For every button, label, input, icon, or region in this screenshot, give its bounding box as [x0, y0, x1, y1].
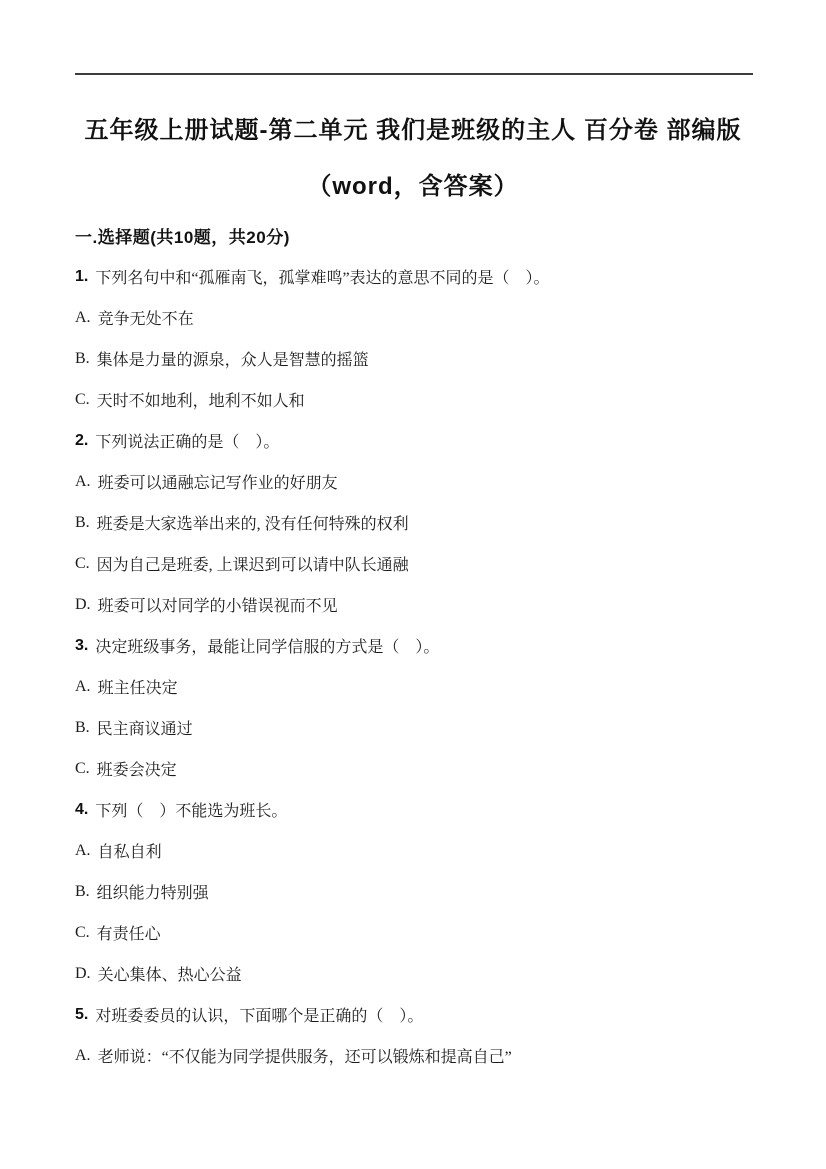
question-1-option-a: A.竞争无处不在: [75, 297, 765, 338]
option-text: 因为自己是班委, 上课迟到可以请中队长通融: [97, 552, 409, 575]
question-2-text: 下列说法正确的是（ ）。: [95, 429, 279, 452]
option-text: 班委可以对同学的小错误视而不见: [98, 593, 338, 616]
option-text: 自私自利: [98, 839, 162, 862]
header-rule: [75, 73, 753, 75]
option-text: 班委会决定: [97, 757, 177, 780]
document-body: 一.选择题(共10题，共20分) 1.下列名句中和“孤雁南飞，孤掌难鸣”表达的意…: [75, 215, 765, 1076]
question-1-text: 下列名句中和“孤雁南飞，孤掌难鸣”表达的意思不同的是（ ）。: [95, 265, 549, 288]
question-2-option-d: D.班委可以对同学的小错误视而不见: [75, 584, 765, 625]
option-label: C.: [75, 924, 90, 942]
option-text: 有责任心: [97, 921, 161, 944]
option-label: C.: [75, 760, 90, 778]
option-text: 组织能力特别强: [97, 880, 209, 903]
question-4-number: 4.: [75, 801, 88, 819]
question-3-option-c: C.班委会决定: [75, 748, 765, 789]
question-3-option-a: A.班主任决定: [75, 666, 765, 707]
option-label: C.: [75, 391, 90, 409]
title-line-2: （word，含答案）: [40, 159, 786, 215]
option-label: A.: [75, 309, 91, 327]
option-label: C.: [75, 555, 90, 573]
question-3-option-b: B.民主商议通过: [75, 707, 765, 748]
question-4-text: 下列（ ）不能选为班长。: [95, 798, 287, 821]
option-text: 班主任决定: [98, 675, 178, 698]
question-5-text: 对班委委员的认识，下面哪个是正确的（ ）。: [95, 1003, 423, 1026]
question-1: 1.下列名句中和“孤雁南飞，孤掌难鸣”表达的意思不同的是（ ）。: [75, 256, 765, 297]
question-4-option-b: B.组织能力特别强: [75, 871, 765, 912]
section-heading: 一.选择题(共10题，共20分): [75, 215, 765, 256]
question-4-option-c: C.有责任心: [75, 912, 765, 953]
question-4-option-a: A.自私自利: [75, 830, 765, 871]
option-text: 天时不如地利，地利不如人和: [97, 388, 305, 411]
document-title: 五年级上册试题-第二单元 我们是班级的主人 百分卷 部编版 （word，含答案）: [40, 103, 786, 215]
question-5: 5.对班委委员的认识，下面哪个是正确的（ ）。: [75, 994, 765, 1035]
option-label: A.: [75, 473, 91, 491]
question-3: 3.决定班级事务，最能让同学信服的方式是（ ）。: [75, 625, 765, 666]
option-text: 老师说：“不仅能为同学提供服务，还可以锻炼和提高自己”: [98, 1044, 512, 1067]
question-2: 2.下列说法正确的是（ ）。: [75, 420, 765, 461]
question-2-number: 2.: [75, 432, 88, 450]
option-text: 班委是大家选举出来的, 没有任何特殊的权利: [97, 511, 409, 534]
option-text: 班委可以通融忘记写作业的好朋友: [98, 470, 338, 493]
option-text: 民主商议通过: [97, 716, 193, 739]
question-4: 4.下列（ ）不能选为班长。: [75, 789, 765, 830]
option-label: B.: [75, 719, 90, 737]
question-2-option-c: C.因为自己是班委, 上课迟到可以请中队长通融: [75, 543, 765, 584]
option-label: D.: [75, 965, 91, 983]
option-label: B.: [75, 514, 90, 532]
option-label: B.: [75, 883, 90, 901]
question-1-number: 1.: [75, 268, 88, 286]
question-2-option-a: A.班委可以通融忘记写作业的好朋友: [75, 461, 765, 502]
option-text: 竞争无处不在: [98, 306, 194, 329]
question-5-number: 5.: [75, 1006, 88, 1024]
option-text: 集体是力量的源泉，众人是智慧的摇篮: [97, 347, 369, 370]
document-page: 五年级上册试题-第二单元 我们是班级的主人 百分卷 部编版 （word，含答案）…: [0, 0, 826, 1169]
question-3-text: 决定班级事务，最能让同学信服的方式是（ ）。: [95, 634, 439, 657]
option-label: D.: [75, 596, 91, 614]
option-label: A.: [75, 842, 91, 860]
question-5-option-a: A.老师说：“不仅能为同学提供服务，还可以锻炼和提高自己”: [75, 1035, 765, 1076]
option-label: A.: [75, 678, 91, 696]
question-1-option-b: B.集体是力量的源泉，众人是智慧的摇篮: [75, 338, 765, 379]
question-1-option-c: C.天时不如地利，地利不如人和: [75, 379, 765, 420]
option-text: 关心集体、热心公益: [98, 962, 242, 985]
option-label: A.: [75, 1047, 91, 1065]
question-4-option-d: D.关心集体、热心公益: [75, 953, 765, 994]
option-label: B.: [75, 350, 90, 368]
title-line-1: 五年级上册试题-第二单元 我们是班级的主人 百分卷 部编版: [40, 103, 786, 159]
question-2-option-b: B.班委是大家选举出来的, 没有任何特殊的权利: [75, 502, 765, 543]
question-3-number: 3.: [75, 637, 88, 655]
